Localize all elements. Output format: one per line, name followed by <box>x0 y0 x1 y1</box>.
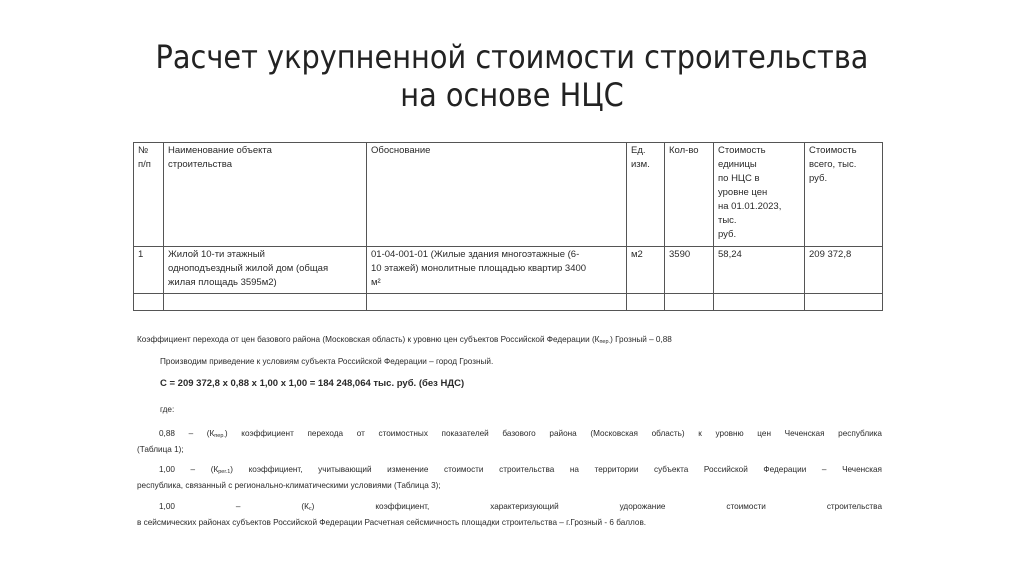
table-row: 1 Жилой 10-ти этажныйоднoподъездный жило… <box>134 247 883 294</box>
cell-basis: 01-04-001-01 (Жилые здания многоэтажные … <box>367 247 627 294</box>
cell-text-line: Наименование объекта <box>168 144 362 158</box>
cell-empty <box>665 294 714 311</box>
where-label: где: <box>160 403 905 416</box>
cell-text-line: Жилой 10-ти этажный <box>168 248 362 262</box>
cell-empty <box>805 294 883 311</box>
cell-text-line: № <box>138 144 159 158</box>
cell-empty <box>367 294 627 311</box>
cell-text-line: п/п <box>138 158 159 172</box>
cell-text-line: строительства <box>168 158 362 172</box>
header-basis: Обоснование <box>367 143 627 247</box>
header-total: Стоимостьвсего, тыс.руб. <box>805 143 883 247</box>
header-unit-cost: Стоимостьединицыпо НЦС вуровне ценна 01.… <box>714 143 805 247</box>
cell-empty <box>714 294 805 311</box>
coefficient-line: Коэффициент перехода от цен базового рай… <box>137 333 897 349</box>
formula-line: С = 209 372,8 х 0,88 х 1,00 х 1,00 = 184… <box>160 377 905 390</box>
cell-empty <box>164 294 367 311</box>
table-row-empty <box>134 294 883 311</box>
header-name: Наименование объектастроительства <box>164 143 367 247</box>
reduction-line: Производим приведение к условиям субъект… <box>160 355 905 368</box>
header-unit: Ед.изм. <box>627 143 665 247</box>
cell-text-line: Стоимость <box>718 144 800 158</box>
cell-text-line: 10 этажей) монолитные площадью квартир 3… <box>371 262 622 276</box>
cell-text-line: руб. <box>809 172 878 186</box>
cell-empty <box>134 294 164 311</box>
cell-text-line: Кол-во <box>669 144 709 158</box>
header-num: №п/п <box>134 143 164 247</box>
cell-total: 209 372,8 <box>805 247 883 294</box>
cell-text-line: всего, тыс. <box>809 158 878 172</box>
cell-text-line: по НЦС в <box>718 172 800 186</box>
cell-text-line: тыс. <box>718 214 800 228</box>
slide-title: Расчет укрупненной стоимости строительст… <box>51 38 973 114</box>
cell-text-line: м² <box>371 276 622 290</box>
cell-empty <box>627 294 665 311</box>
cell-text-line: жилая площадь 3595м2) <box>168 276 362 290</box>
k1-explanation: 0,88 – (Кпер.) коэффициент перехода от с… <box>137 427 882 456</box>
cell-text-line: уровне цен <box>718 186 800 200</box>
cell-text-line: Ед. <box>631 144 660 158</box>
cell-text-line: на 01.01.2023, <box>718 200 800 214</box>
cell-text-line: 01-04-001-01 (Жилые здания многоэтажные … <box>371 248 622 262</box>
cell-num: 1 <box>134 247 164 294</box>
k2-explanation: 1,00 – (Крег.1) коэффициент, учитывающий… <box>137 463 882 492</box>
title-line-2: на основе НЦС <box>51 76 973 114</box>
header-qty: Кол-во <box>665 143 714 247</box>
table-header-row: №п/п Наименование объектастроительства О… <box>134 143 883 247</box>
cell-text-line: единицы <box>718 158 800 172</box>
cell-text-line: Обоснование <box>371 144 622 158</box>
cell-unit-cost: 58,24 <box>714 247 805 294</box>
nsc-cost-table: №п/п Наименование объектастроительства О… <box>133 142 883 311</box>
cell-name: Жилой 10-ти этажныйоднoподъездный жилой … <box>164 247 367 294</box>
k3-explanation: 1,00 – (Кс) коэффициент, характеризующий… <box>137 500 882 529</box>
title-line-1: Расчет укрупненной стоимости строительст… <box>51 38 973 76</box>
cell-text-line: изм. <box>631 158 660 172</box>
cell-text-line: руб. <box>718 228 800 242</box>
cell-text-line: Стоимость <box>809 144 878 158</box>
cell-unit: м2 <box>627 247 665 294</box>
cell-text-line: однoподъездный жилой дом (общая <box>168 262 362 276</box>
cell-qty: 3590 <box>665 247 714 294</box>
